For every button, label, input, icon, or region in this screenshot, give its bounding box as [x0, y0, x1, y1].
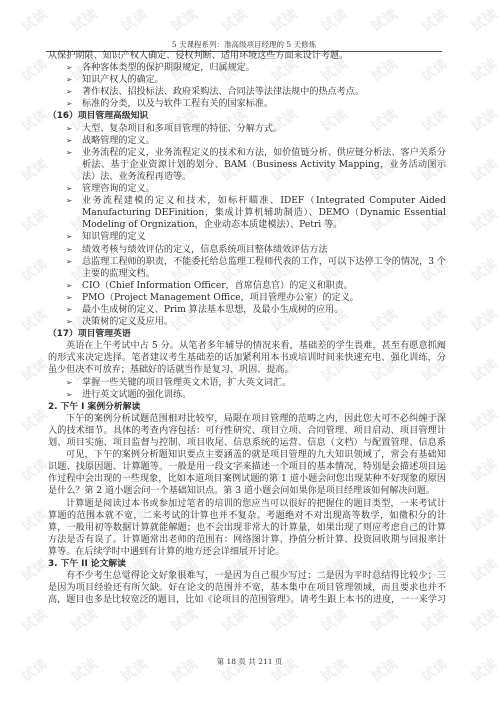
list-item: ➢最小生成树的定义、Prim 算法基本思想，及最小生成树的应用。	[48, 304, 446, 316]
intro-line: 从保护期限、知识产权人确定、侵权判断、适用环境这些方面来设计考题。	[48, 50, 446, 62]
page-number: 第 18 页 共 211 页	[0, 656, 499, 667]
arrow-bullet-icon: ➢	[66, 123, 72, 135]
list-item: ➢大型、复杂项目和多项目管理的特征、分解方式。	[48, 123, 446, 135]
paragraph: 可见，下午的案例分析题知识要点主要涵盖的就是项目管理的九大知识领域了，常会有基础…	[48, 449, 446, 497]
list-item: ➢知识管理的定义	[48, 231, 446, 243]
list-item: ➢掌握一些关键的项目管理英文术语，扩大英文词汇。	[48, 377, 446, 389]
list-item: ➢知识产权人的确定。	[48, 74, 446, 86]
list-item: ➢决策树的定义及应用。	[48, 316, 446, 328]
list-item: ➢业务流程的定义，业务流程定义的技术和方法，如价值链分析、供应链分析法、客户关系…	[48, 147, 446, 183]
section-heading-17: （17）项目管理英语	[48, 328, 446, 340]
paragraph: 计算题是阅读过本书或参加过笔者的培训的您应当可以很好的把握住的题目类型，一来考试…	[48, 498, 446, 559]
arrow-bullet-icon: ➢	[66, 98, 72, 110]
list-item: ➢著作权法、招投标法、政府采购法、合同法等法律法规中的热点考点。	[48, 86, 446, 98]
list-item: ➢业务流程建模的定义和技术，如标杆瞄准、IDEF（Integrated Comp…	[48, 195, 446, 231]
list-item: ➢总监理工程师的职责，不能委托给总监理工程师代表的工作，可以下达停工令的情况，3…	[48, 256, 446, 280]
list-item: ➢PMO（Project Management Office，项目管理办公室）的…	[48, 292, 446, 304]
section-heading-3: 3. 下午 II 论文解读	[48, 558, 446, 570]
section-heading-16: （16）项目管理高级知识	[48, 110, 446, 122]
arrow-bullet-icon: ➢	[66, 62, 72, 74]
arrow-bullet-icon: ➢	[66, 304, 72, 316]
arrow-bullet-icon: ➢	[66, 147, 72, 159]
list-item: ➢绩效考核与绩效评估的定义，信息系统项目整体绩效评估方法	[48, 244, 446, 256]
arrow-bullet-icon: ➢	[66, 86, 72, 98]
arrow-bullet-icon: ➢	[66, 389, 72, 401]
list-item: ➢各种客体类型的保护期限规定，归属规定。	[48, 62, 446, 74]
arrow-bullet-icon: ➢	[66, 280, 72, 292]
list-item: ➢管理咨询的定义。	[48, 183, 446, 195]
arrow-bullet-icon: ➢	[66, 316, 72, 328]
arrow-bullet-icon: ➢	[66, 195, 72, 207]
list-item: ➢进行英文试题的强化训练。	[48, 389, 446, 401]
arrow-bullet-icon: ➢	[66, 183, 72, 195]
arrow-bullet-icon: ➢	[66, 231, 72, 243]
list-item: ➢战略管理的定义。	[48, 135, 446, 147]
arrow-bullet-icon: ➢	[66, 377, 72, 389]
list-item: ➢标准的分类，以及与软件工程有关的国家标准。	[48, 98, 446, 110]
arrow-bullet-icon: ➢	[66, 292, 72, 304]
arrow-bullet-icon: ➢	[66, 244, 72, 256]
paragraph: 有不少考生总觉得论文好象很难写，一是因为自己很少写过；二是因为平时总结得比较少；…	[48, 570, 446, 606]
arrow-bullet-icon: ➢	[66, 256, 72, 268]
paragraph: 英语在上午考试中占 5 分。从笔者多年辅导的情况来看，基础差的学生畏难，甚至有愿…	[48, 340, 446, 376]
arrow-bullet-icon: ➢	[66, 74, 72, 86]
page-content: 从保护期限、知识产权人确定、侵权判断、适用环境这些方面来设计考题。 ➢各种客体类…	[48, 50, 446, 606]
section-heading-2: 2. 下午 I 案例分析解读	[48, 401, 446, 413]
paragraph: 下午的案例分析试题范围相对比较窄，局限在项目管理的范畴之内，因此您大可不必纠缠于…	[48, 413, 446, 449]
list-item: ➢CIO（Chief Information Officer，首席信息官）的定义…	[48, 280, 446, 292]
document-page: 5 天课程系列：准高级项目经理的 5 天修炼 从保护期限、知识产权人确定、侵权判…	[0, 0, 499, 706]
arrow-bullet-icon: ➢	[66, 135, 72, 147]
